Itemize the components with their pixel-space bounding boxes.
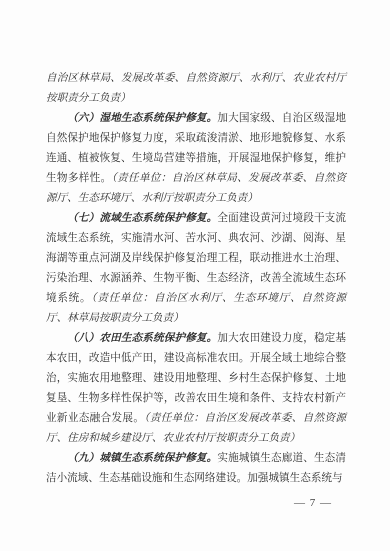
document-text: 自治区林草局、发展改革委、自然资源厅、水利厅、农业农村厅按职责分工负责） （六）…	[46, 69, 346, 489]
section-heading: （七）流域生态系统保护修复。	[67, 213, 217, 224]
section-responsibility: （责任单位：自治区水利厅、生态环境厅、自然资源厅、林草局按职责分工负责）	[46, 293, 346, 324]
paragraph-section-7: （七）流域生态系统保护修复。全面建设黄河过境段干支流流域生态系统，实施清水河、苦…	[46, 209, 346, 329]
section-body: 加大农田建设力度，稳定基本农田，改造中低产田，建设高标准农田。开展全域土地综合整…	[46, 333, 346, 424]
section-heading: （九）城镇生态系统保护修复。	[67, 453, 217, 464]
paragraph-section-8: （八）农田生态系统保护修复。加大农田建设力度，稳定基本农田，改造中低产田，建设高…	[46, 329, 346, 449]
paragraph-section-9: （九）城镇生态系统保护修复。实施城镇生态廊道、生态清洁小流域、生态基础设施和生态…	[46, 449, 346, 489]
section-body: 全面建设黄河过境段干支流流域生态系统，实施清水河、苦水河、典农河、沙湖、阅海、星…	[46, 213, 346, 304]
document-page: 自治区林草局、发展改革委、自然资源厅、水利厅、农业农村厅按职责分工负责） （六）…	[0, 0, 390, 551]
section-heading: （六）湿地生态系统保护修复。	[67, 113, 217, 124]
paragraph-section-6: （六）湿地生态系统保护修复。加大国家级、自治区级湿地自然保护地保护修复力度，采取…	[46, 109, 346, 209]
section-heading: （八）农田生态系统保护修复。	[67, 333, 217, 344]
paragraph-continuation: 自治区林草局、发展改革委、自然资源厅、水利厅、农业农村厅按职责分工负责）	[46, 69, 346, 109]
page-number: — 7 —	[294, 497, 332, 509]
responsibility-clause-tail: 自治区林草局、发展改革委、自然资源厅、水利厅、农业农村厅按职责分工负责）	[46, 73, 346, 104]
